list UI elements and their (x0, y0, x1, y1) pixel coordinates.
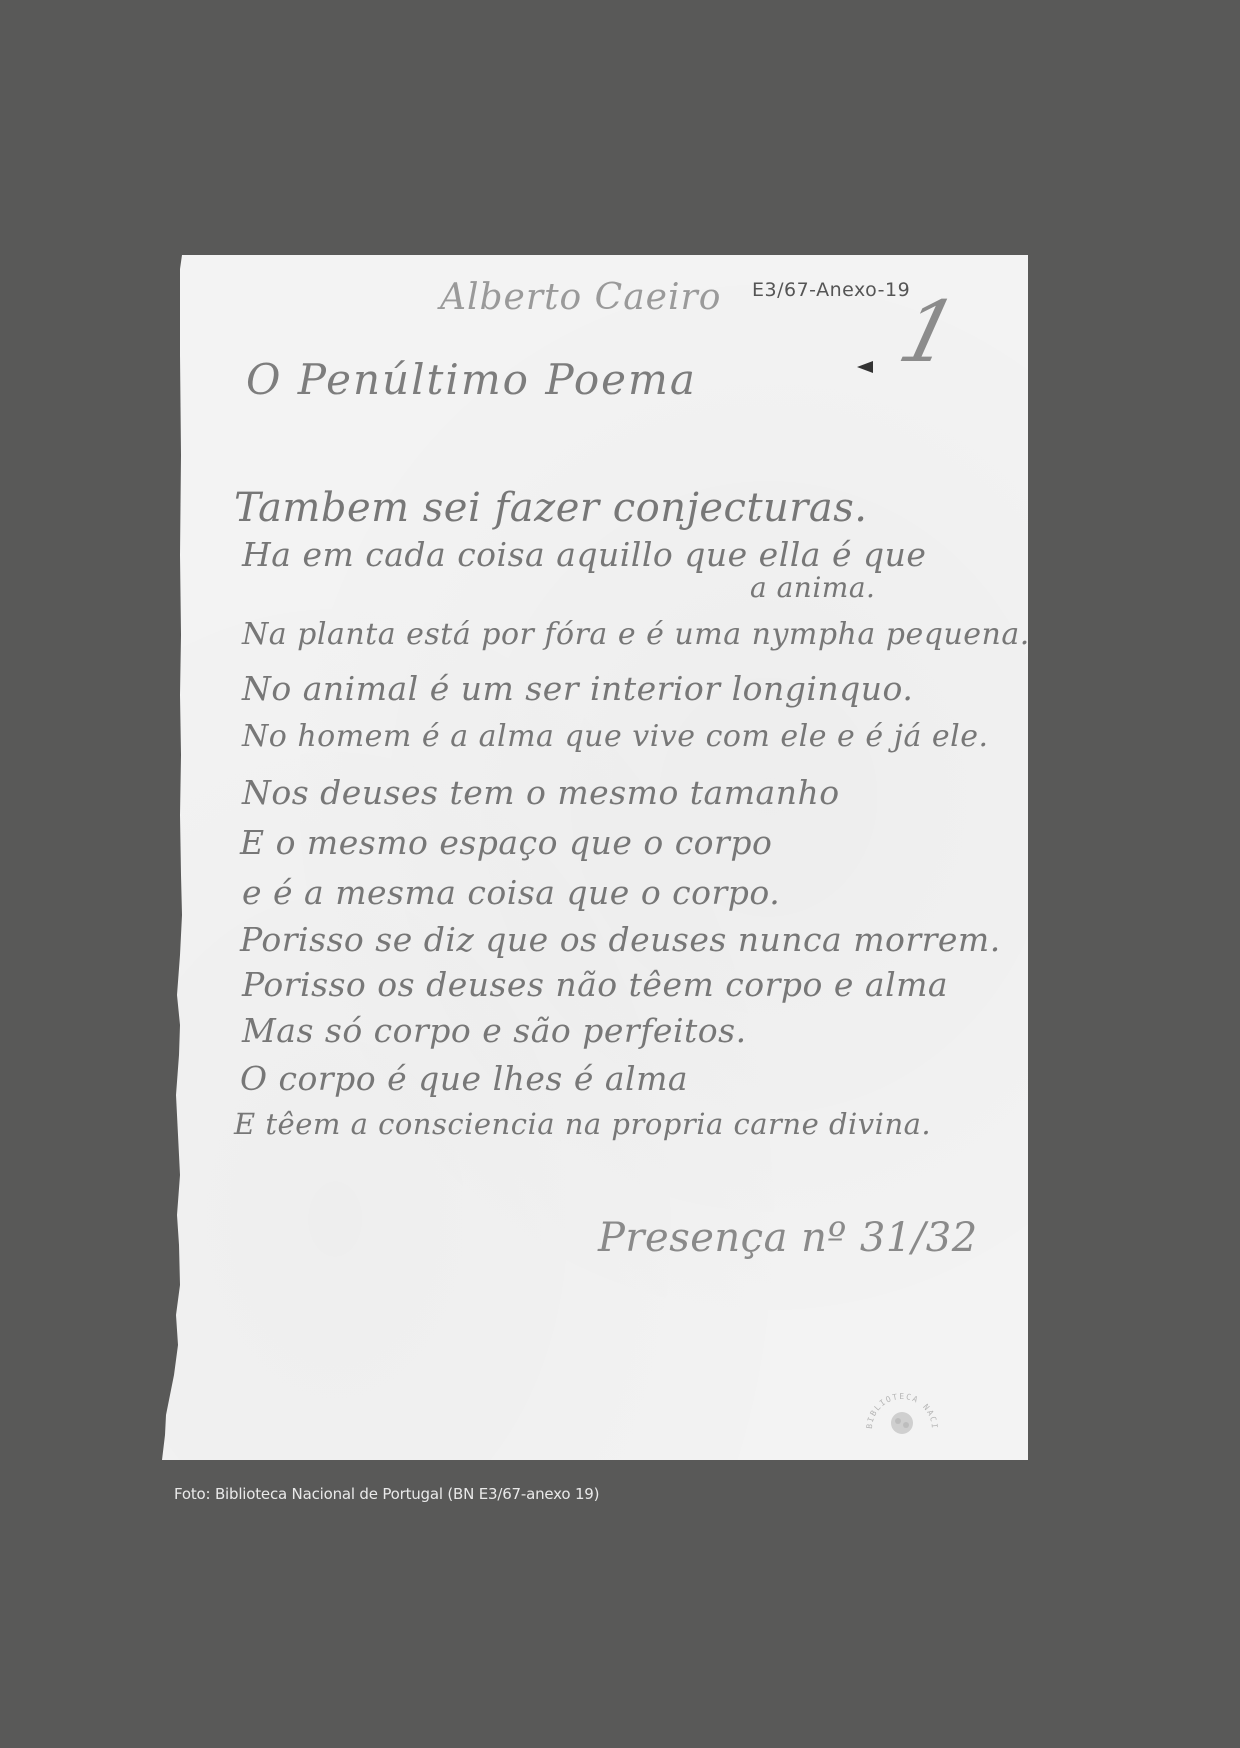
author-heading: Alberto Caeiro (440, 277, 721, 318)
poem-line: O corpo é que lhes é alma (240, 1059, 688, 1098)
poem-line: Porisso os deuses não têem corpo e alma (242, 965, 948, 1004)
poem-line: e é a mesma coisa que o corpo. (242, 873, 780, 912)
poem-line: Na planta está por fóra e é uma nympha p… (242, 617, 1030, 652)
poem-line: Ha em cada coisa aquillo que ella é que (242, 535, 926, 574)
poem-line: No animal é um ser interior longinquo. (242, 669, 913, 708)
photo-credit-caption: Foto: Biblioteca Nacional de Portugal (B… (174, 1485, 599, 1503)
publication-annotation: Presença nº 31/32 (598, 1215, 978, 1261)
poem-line: Tambem sei fazer conjecturas. (234, 485, 867, 531)
poem-line: Nos deuses tem o mesmo tamanho (242, 773, 840, 812)
poem-line: E têem a consciencia na propria carne di… (234, 1107, 931, 1141)
poem-line: No homem é a alma que vive com ele e é j… (242, 719, 989, 754)
poem-line: E o mesmo espaço que o corpo (240, 823, 772, 862)
poem-title: O Penúltimo Poema (246, 355, 697, 404)
manuscript-page: Alberto Caeiro E3/67-Anexo-19 1 O Penúlt… (162, 255, 1028, 1460)
poem-line: a anima. (750, 571, 875, 604)
arrow-marker-icon (857, 361, 873, 373)
library-stamp-icon: BIBLIOTECA NACIONAL (862, 1377, 942, 1457)
poem-line: Mas só corpo e são perfeitos. (242, 1011, 747, 1050)
poem-line: Porisso se diz que os deuses nunca morre… (240, 920, 1001, 959)
archive-reference: E3/67-Anexo-19 (752, 279, 910, 301)
